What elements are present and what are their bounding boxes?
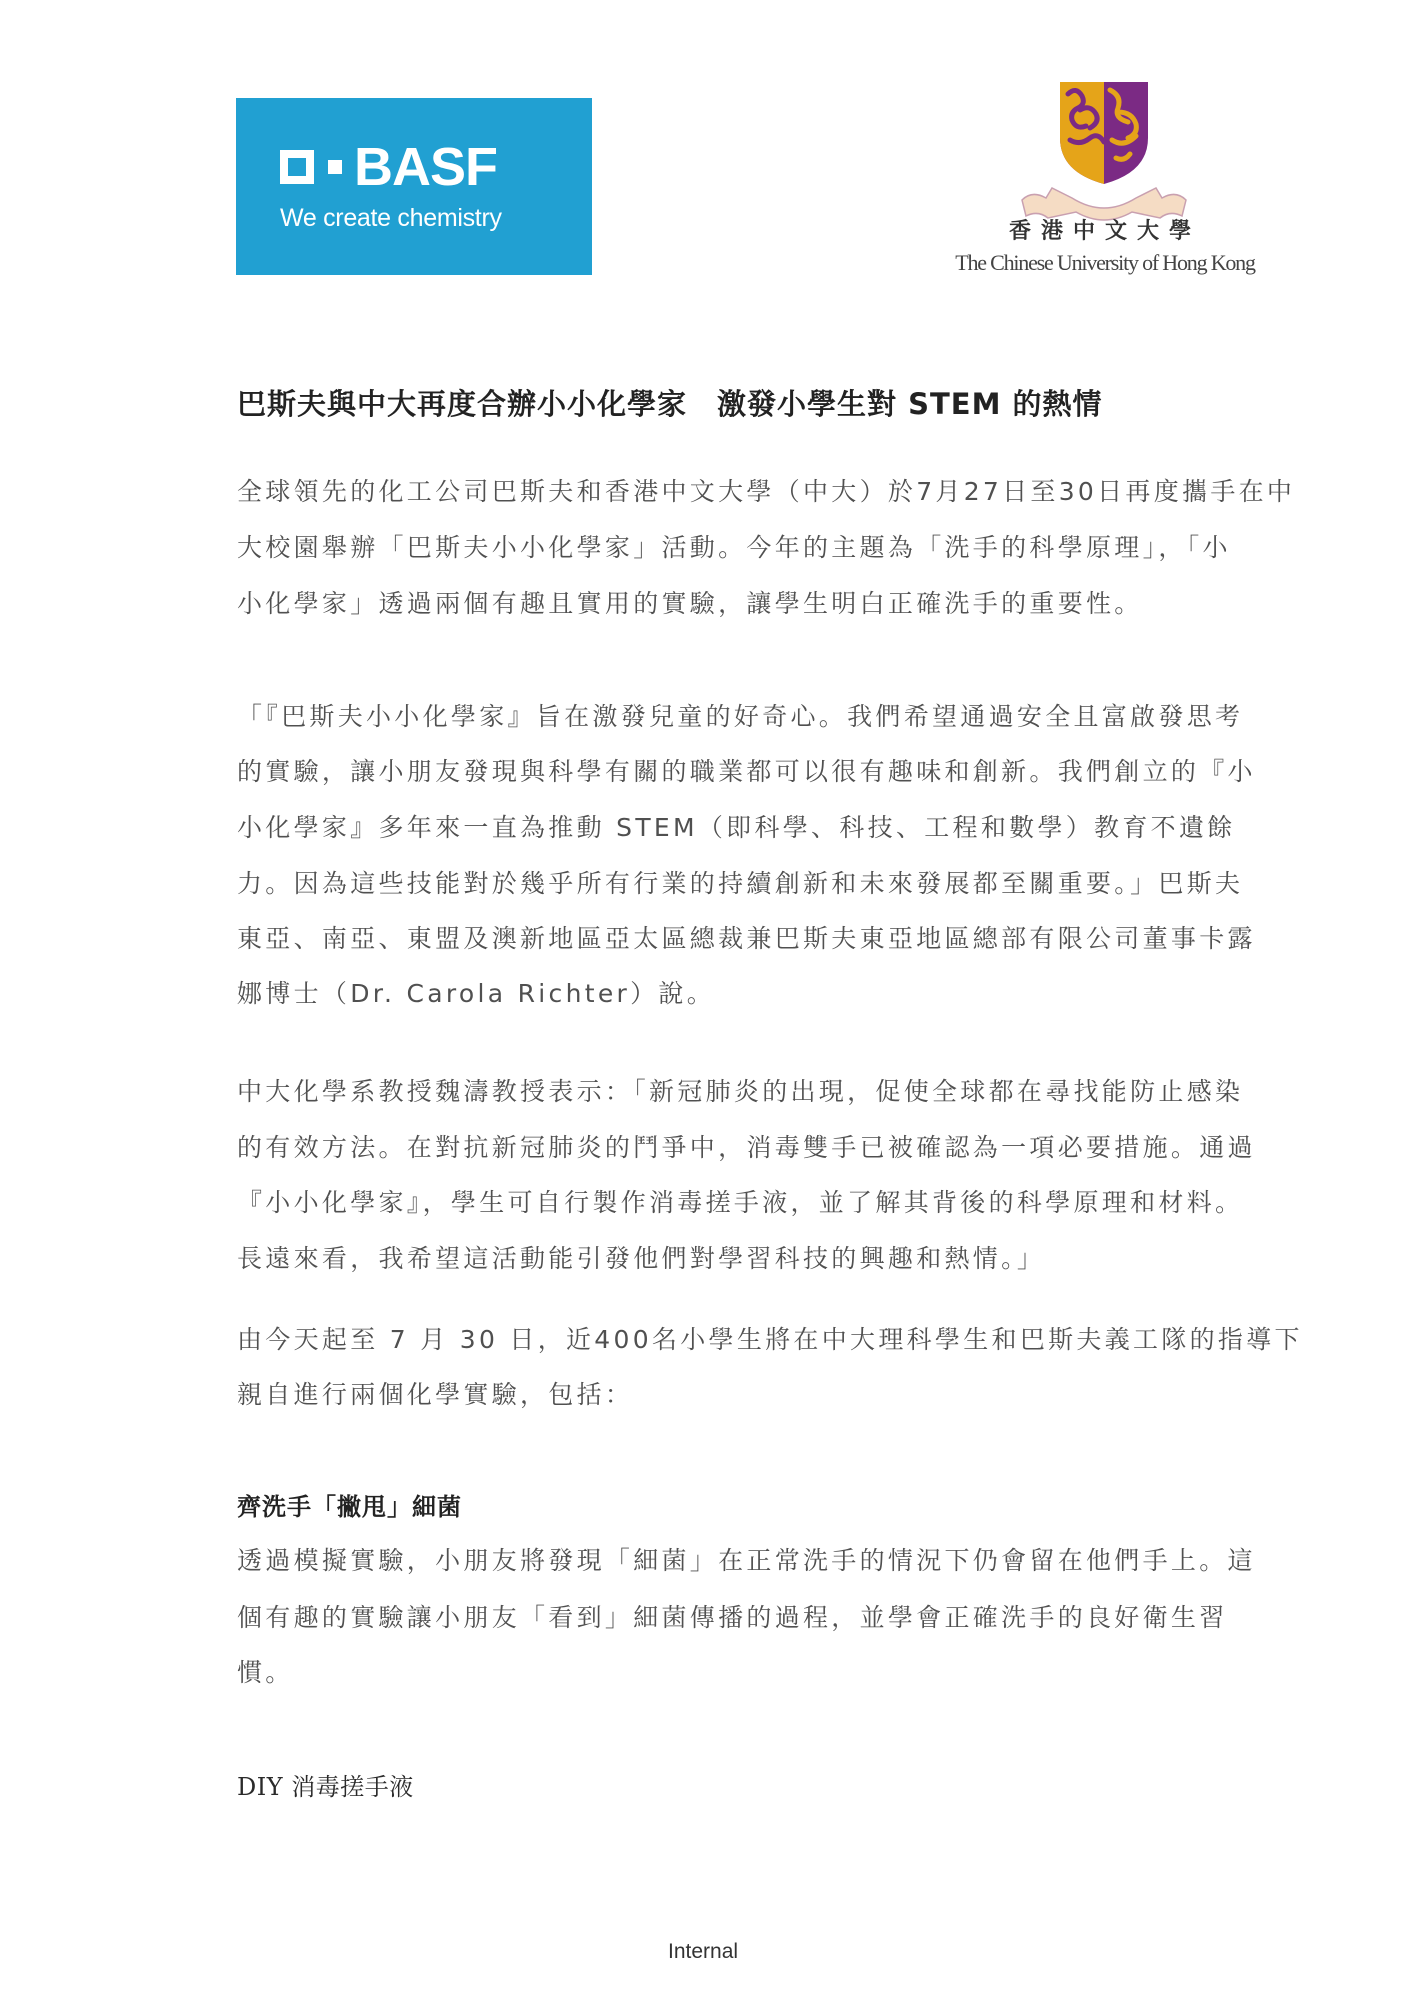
paragraph-line: 力。因為這些技能對於幾乎所有行業的持續創新和未來發展都至關重要。」巴斯夫 <box>237 868 1243 900</box>
basf-solid-square-icon <box>328 160 342 174</box>
basf-name: BASF <box>354 142 497 192</box>
cuhk-chinese-name: 香港中文大學 <box>1000 214 1210 245</box>
paragraph-line: 親自進行兩個化學實驗，包括： <box>237 1379 633 1411</box>
paragraph-line: 『小小化學家』，學生可自行製作消毒搓手液，並了解其背後的科學原理和材料。 <box>237 1187 1243 1219</box>
paragraph-line: 長遠來看，我希望這活動能引發他們對學習科技的興趣和熱情。」 <box>237 1243 1045 1275</box>
paragraph-line: 慣。 <box>237 1657 294 1689</box>
document-title: 巴斯夫與中大再度合辦小小化學家 激發小學生對 STEM 的熱情 <box>237 386 1103 422</box>
section-heading: DIY 消毒搓手液 <box>237 1771 414 1803</box>
cuhk-logo: 香港中文大學 The Chinese University of Hong Ko… <box>920 76 1290 286</box>
basf-logo: BASF We create chemistry <box>236 98 592 275</box>
classification-label: Internal <box>668 1940 738 1964</box>
section-heading: 齊洗手「撇甩」細菌 <box>237 1491 462 1523</box>
paragraph-line: 娜博士（Dr. Carola Richter）說。 <box>237 978 715 1010</box>
paragraph-line: 透過模擬實驗，小朋友將發現「細菌」在正常洗手的情況下仍會留在他們手上。這 <box>237 1545 1256 1577</box>
paragraph-line: 全球領先的化工公司巴斯夫和香港中文大學（中大）於7月27日至30日再度攜手在中 <box>237 476 1295 508</box>
paragraph-line: 大校園舉辦「巴斯夫小小化學家」活動。今年的主題為「洗手的科學原理」，「小 <box>237 532 1231 564</box>
paragraph-line: 由今天起至 7 月 30 日，近400名小學生將在中大理科學生和巴斯夫義工隊的指… <box>237 1324 1303 1356</box>
paragraph-line: 「『巴斯夫小小化學家』旨在激發兒童的好奇心。我們希望通過安全且富啟發思考 <box>237 701 1243 733</box>
basf-wordmark: BASF <box>280 142 497 192</box>
paragraph-line: 的實驗，讓小朋友發現與科學有關的職業都可以很有趣味和創新。我們創立的『小 <box>237 756 1256 788</box>
basf-outline-square-icon <box>280 150 314 184</box>
cuhk-english-name: The Chinese University of Hong Kong <box>920 250 1290 276</box>
paragraph-line: 東亞、南亞、東盟及澳新地區亞太區總裁兼巴斯夫東亞地區總部有限公司董事卡露 <box>237 923 1256 955</box>
cuhk-crest-icon <box>1058 80 1150 186</box>
paragraph-line: 中大化學系教授魏濤教授表示：「新冠肺炎的出現，促使全球都在尋找能防止感染 <box>237 1076 1243 1108</box>
paragraph-line: 小化學家」透過兩個有趣且實用的實驗，讓學生明白正確洗手的重要性。 <box>237 588 1143 620</box>
paragraph-line: 個有趣的實驗讓小朋友「看到」細菌傳播的過程，並學會正確洗手的良好衛生習 <box>237 1602 1228 1634</box>
paragraph-line: 小化學家』多年來一直為推動 STEM（即科學、科技、工程和數學）教育不遺餘 <box>237 812 1236 844</box>
paragraph-line: 的有效方法。在對抗新冠肺炎的鬥爭中，消毒雙手已被確認為一項必要措施。通過 <box>237 1132 1256 1164</box>
basf-tagline: We create chemistry <box>280 204 502 233</box>
